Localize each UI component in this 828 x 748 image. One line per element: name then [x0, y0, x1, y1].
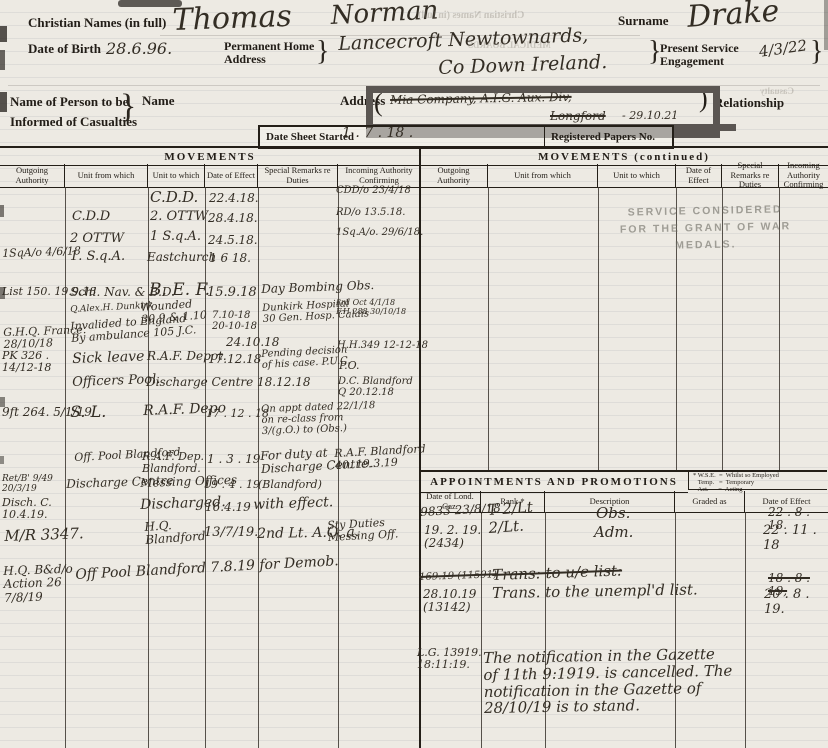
registered-papers-label: Registered Papers No. — [545, 131, 655, 143]
date-sheet-started-label: Date Sheet Started — [260, 131, 354, 143]
header-rule-1 — [160, 35, 640, 36]
handwritten-entry: Trans. to the unempl'd list. — [492, 580, 792, 602]
handwritten-entry: G.H.Q. France. 28/10/18 — [3, 324, 94, 352]
handwritten-entry: R.A.F. Depo — [143, 401, 226, 420]
handwritten-entry: Sick leave — [72, 349, 145, 367]
handwritten-entry: D.C. Blandford Q 20.12.18 — [338, 376, 423, 398]
service-record-document: Christian Names (in full) Date of Birth … — [0, 0, 828, 748]
scan-edge-mark — [0, 397, 5, 407]
handwritten-entry: B. E. F. — [149, 281, 210, 300]
handwritten-entry: M/R 3347. — [4, 525, 84, 545]
handwritten-entry: H.Q. Blandford — [144, 517, 206, 548]
handwritten-entry: Adm. — [594, 524, 633, 541]
scan-edge-mark — [0, 456, 4, 464]
handwritten-entry: 22.4.18. — [209, 192, 259, 205]
handwritten-entry: H.H.349 12-12-18 — [337, 340, 428, 351]
movements-title: MOVEMENTS — [0, 146, 420, 166]
col-unit-from: Unit from which — [488, 164, 598, 187]
col-special-remarks: Special Remarks re Duties — [258, 164, 338, 187]
col-description: Description — [545, 491, 675, 512]
scan-edge-mark — [0, 205, 4, 217]
home-address-line2: Co Down Ireland. — [438, 52, 608, 79]
handwritten-entry: 16.4.19 — [205, 501, 251, 514]
casualty-brace: } — [120, 88, 136, 126]
table-line — [65, 187, 66, 748]
scan-edge-mark — [0, 50, 5, 70]
casualty-label: Name of Person to be Informed of Casualt… — [10, 92, 137, 131]
handwritten-entry: Messing Offices — [140, 474, 237, 491]
handwritten-entry: L.G. 13919. 18:11:19. — [417, 647, 482, 672]
handwritten-entry: 17 . 12 . 18 — [206, 408, 269, 420]
handwritten-entry: P.O. — [339, 360, 360, 372]
present-service-label: Present Service Engagement — [660, 42, 739, 69]
handwritten-entry: PK 326 . 14/12-18 — [2, 350, 82, 375]
col-outgoing-authority: Outgoing Authority — [0, 164, 65, 187]
col-unit-to: Unit to which — [148, 164, 205, 187]
handwritten-entry: 22 . 11 . 18 — [763, 524, 828, 553]
handwritten-entry: Trans: to u/e list: — [492, 562, 622, 583]
christian-names-label: Christian Names (in full) — [28, 16, 166, 31]
handwritten-entry: MEDICAL BOARDS — [468, 40, 551, 50]
handwritten-entry: 1Sq.A/o. 29/6/18. — [336, 227, 423, 238]
handwritten-entry: S. L. — [70, 403, 106, 421]
handwritten-entry: Schl. Nav. & B.D. — [70, 286, 175, 299]
handwritten-entry: The notification in the Gazette of 11th … — [483, 644, 828, 717]
scan-edge-mark — [824, 0, 828, 50]
handwritten-entry: 24.10.18 — [226, 336, 279, 349]
table-line — [148, 187, 149, 748]
col-date-of-effect: Date of Effect — [676, 164, 722, 187]
col-incoming-authority: Incoming Authority Confirming — [338, 164, 420, 187]
handwritten-entry: Off Pool Blandford 7.8.19 for Demob. — [75, 550, 415, 583]
handwritten-entry: R.A.F. Blandford 40. 19.3.19 — [334, 443, 427, 472]
handwritten-entry: 9ft 264. 5/1/19 — [2, 406, 92, 419]
col-graded-as: Graded as — [675, 491, 745, 512]
surname-value: Drake — [686, 0, 780, 35]
table-line — [488, 187, 489, 470]
col-ap-date-of-effect: Date of Effect — [745, 491, 828, 512]
handwritten-entry: Discharge Centre — [66, 474, 174, 491]
handwritten-entry: 2nd Lt. A.O. a. — [257, 525, 359, 542]
handwritten-entry: 1SqA/o 4/6/18 — [2, 245, 81, 260]
handwritten-entry: Invalided to England By ambulance 105 J.… — [70, 310, 231, 346]
table-line — [481, 512, 482, 748]
handwritten-entry: Discharge Centre 18.12.18 — [146, 376, 311, 389]
handwritten-entry: Q.Alex.H. Dunkirk — [70, 301, 153, 315]
movements-left-header-row: Outgoing Authority Unit from which Unit … — [0, 164, 420, 188]
handwritten-entry: 13/7/19. — [204, 526, 258, 541]
handwritten-entry: Christian Names (in full) — [418, 10, 524, 21]
home-brace: } — [316, 36, 329, 67]
handwritten-entry: RD/o 13.5.18. — [336, 207, 405, 218]
handwritten-entry: 20 . 8 . 19. — [764, 588, 828, 617]
appointments-title: APPOINTMENTS AND PROMOTIONS — [420, 470, 688, 493]
handwritten-entry: Ret/B' 9/49 20/3/19 — [2, 474, 64, 494]
appointments-header-row: Date of Lond. Gaz. Rank * Description Gr… — [420, 491, 828, 513]
handwritten-entry: 169.19 (11591) — [419, 569, 497, 583]
scan-edge-mark — [0, 287, 5, 299]
handwritten-entry: Day Bombing Obs. — [261, 279, 374, 296]
handwritten-entry: Off. Pool Blandford — [74, 446, 181, 464]
handwritten-entry: R.A.F. Depot. — [147, 350, 227, 363]
movements-right-header-row: Outgoing Authority Unit from which Unit … — [420, 164, 828, 188]
scan-edge-mark — [0, 26, 7, 42]
handwritten-entry: 24.5.18. — [208, 234, 258, 247]
col-incoming-authority: Incoming Authority Confirming — [779, 164, 828, 187]
war-medals-stamp: SERVICE CONSIDERED FOR THE GRANT OF WAR … — [587, 201, 823, 256]
col-outgoing-authority: Outgoing Authority — [420, 164, 488, 187]
handwritten-entry: For duty at Discharge Centre. — [260, 444, 372, 477]
handwritten-entry: Dunkirk Hospital 30 Gen. Hosp. Calais — [262, 297, 369, 325]
table-line — [675, 512, 676, 748]
handwritten-entry: with effect. — [253, 495, 333, 513]
handwritten-entry: C.D.D. — [150, 189, 198, 206]
handwritten-entry: 17.12.18 — [208, 353, 261, 366]
handwritten-entry: 2 OTTW — [70, 232, 124, 247]
handwritten-entry: 3rd Oct 4/1/18 F.H 288 30/10/18 — [336, 299, 406, 317]
handwritten-entry: Disch. C. 10.4.19. — [2, 497, 74, 522]
rank-abbreviation-legend: * W.S.E. = Whilst so Employed Temp. = Te… — [688, 470, 827, 490]
col-date-of-effect: Date of Effect — [205, 164, 258, 187]
permanent-home-address-label: Permanent Home Address — [224, 40, 314, 67]
surname-label: Surname — [618, 14, 669, 29]
service-brace: } — [810, 36, 823, 67]
handwritten-entry: On appt dated 22/1/18 on re-class from 3… — [261, 400, 376, 438]
handwritten-entry: (Blandford) — [258, 479, 322, 491]
handwritten-entry: 15.9.18 — [207, 286, 257, 301]
handwritten-entry: 7.10-18 20-10-18 — [212, 310, 257, 332]
handwritten-entry: 2. OTTW — [150, 210, 208, 225]
handwritten-entry: C.D.D — [72, 210, 110, 225]
dob-value: 28.6.96. — [106, 40, 172, 58]
handwritten-entry: Wounded 30.9 & 1.10 — [140, 297, 207, 326]
name-label: Name — [142, 94, 175, 109]
christian-name-first: Thomas — [172, 0, 292, 38]
handwritten-entry: Discharged. — [140, 495, 226, 514]
handwritten-entry: 19. 2. 19. (2434) — [424, 524, 481, 551]
col-date-of-lond-gaz: Date of Lond. Gaz. — [420, 491, 481, 512]
relationship-label: Relationship — [714, 96, 784, 111]
col-unit-from: Unit from which — [65, 164, 148, 187]
christian-name-middle: Norman — [330, 0, 439, 31]
handwritten-entry: 1 . 3 . 19 — [207, 453, 260, 466]
scan-smudge — [118, 0, 182, 7]
table-line — [205, 187, 206, 748]
stamp-line-2: FOR THE GRANT OF WAR MEDALS. — [588, 217, 824, 256]
home-address-line1: Lancecroft Newtownards, — [338, 25, 589, 55]
handwritten-entry: 28.10.19 (13142) — [423, 588, 476, 615]
col-unit-to: Unit to which — [598, 164, 676, 187]
handwritten-entry: 1 S.q.A. — [150, 230, 201, 245]
handwritten-entry: 1. S.q.A. — [70, 250, 125, 265]
handwritten-entry: 28.4.18. — [208, 212, 258, 225]
handwritten-entry: H.Q. B&d/o Action 26 7/8/19 — [3, 563, 74, 606]
handwritten-entry: 2/Lt. — [488, 518, 524, 537]
service-engagement-value: 4/3/22 — [758, 37, 808, 60]
handwritten-entry: List 150. 19.9.18 — [2, 286, 96, 298]
scan-edge-mark — [0, 92, 7, 112]
dob-label: Date of Birth — [28, 42, 101, 57]
table-line — [338, 187, 339, 748]
table-line — [545, 512, 546, 748]
col-rank: Rank * — [481, 491, 545, 512]
handwritten-entry: 1 6 18. — [209, 252, 251, 265]
col-special-remarks: Special Remarks re Duties — [722, 164, 779, 187]
table-line — [745, 512, 746, 748]
table-center-divider — [419, 146, 421, 748]
handwritten-entry: 19 . 4 . 19 — [204, 479, 260, 491]
handwritten-entry: R.A.F. Dep. Blandford. — [142, 451, 204, 476]
handwritten-entry: 18 . 8 . 19, — [768, 572, 828, 599]
table-line — [258, 187, 259, 748]
